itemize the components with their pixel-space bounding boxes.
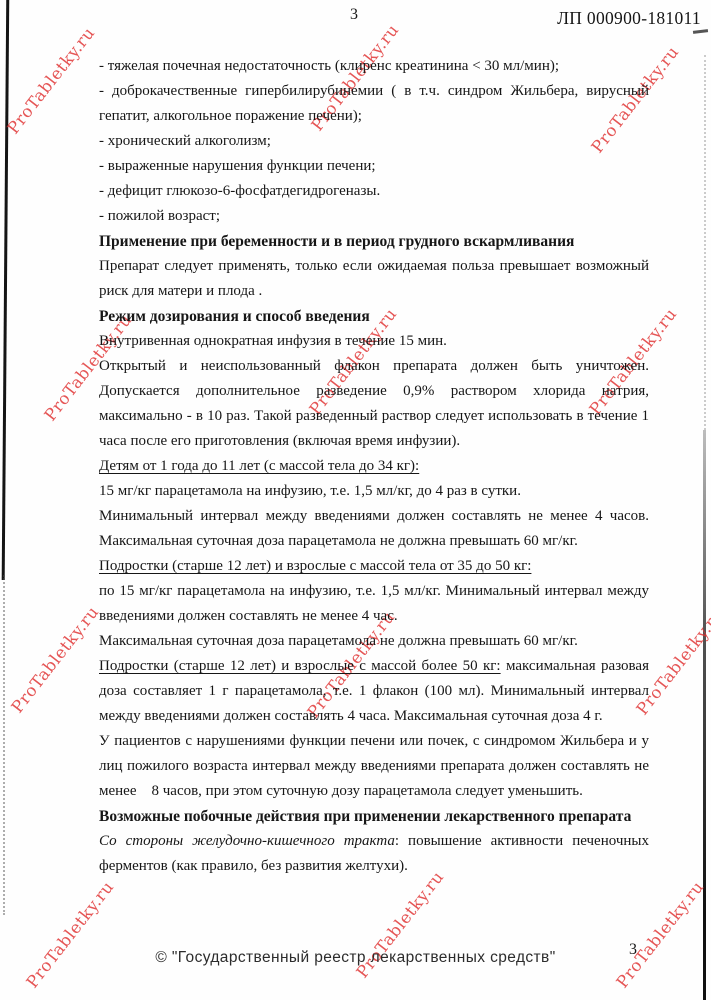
- over50-paragraph: Подростки (старше 12 лет) и взрослые с м…: [99, 654, 649, 729]
- dosage-dilution-paragraph: Допускается дополнительное разведение 0,…: [99, 379, 649, 454]
- contraindication-item: - тяжелая почечная недостаточность (клир…: [99, 54, 649, 79]
- section-title-dosage: Режим дозирования и способ введения: [99, 304, 649, 329]
- page-number-bottom: 3: [629, 941, 637, 959]
- contraindication-item: - дефицит глюкозо-6-фосфатдегидрогеназы.: [99, 179, 649, 204]
- section-title-pregnancy: Применение при беременности и в период г…: [99, 229, 649, 254]
- subheading-teens-35-50: Подростки (старше 12 лет) и взрослые с м…: [99, 554, 649, 579]
- children-interval-line: Минимальный интервал между введениями до…: [99, 504, 649, 529]
- scan-artifact-corner-dash: [693, 29, 708, 34]
- git-lead-italic: Со стороны желудочно-кишечного тракта: [99, 833, 395, 849]
- watermark-protabletky: ProTabletky.ru: [22, 877, 117, 991]
- contraindication-item: - хронический алкоголизм;: [99, 129, 649, 154]
- scan-artifact-left-line: [2, 0, 10, 580]
- teens-max-line: Максимальная суточная доза парацетамола …: [99, 629, 649, 654]
- watermark-protabletky: ProTabletky.ru: [3, 23, 98, 137]
- section-title-side-effects: Возможные побочные действия при применен…: [99, 804, 649, 829]
- git-paragraph: Со стороны желудочно-кишечного тракта: п…: [99, 829, 649, 879]
- scan-artifact-left-faint-line: [3, 575, 5, 915]
- scan-artifact-right-dotted-line: [704, 55, 706, 430]
- scan-artifact-right-solid-line: [703, 430, 706, 1000]
- contraindication-item: - выраженные нарушения функции печени;: [99, 154, 649, 179]
- subheading-children: Детям от 1 года до 11 лет (с массой тела…: [99, 454, 649, 479]
- registration-number: ЛП 000900-181011: [557, 8, 701, 29]
- contraindication-item: - пожилой возраст;: [99, 204, 649, 229]
- document-body: - тяжелая почечная недостаточность (клир…: [99, 54, 649, 879]
- pregnancy-paragraph: Препарат следует применять, только если …: [99, 254, 649, 304]
- watermark-protabletky: ProTabletky.ru: [7, 602, 102, 716]
- special-patients-paragraph: У пациентов с нарушениями функции печени…: [99, 729, 649, 804]
- footer-copyright: © "Государственный реестр лекарственных …: [0, 949, 711, 967]
- children-max-line: Максимальная суточная доза парацетамола …: [99, 529, 649, 554]
- contraindication-item: - доброкачественные гипербилирубинемии (…: [99, 79, 649, 129]
- page-number-top: 3: [350, 6, 358, 24]
- children-dose-line: 15 мг/кг парацетамола на инфузию, т.е. 1…: [99, 479, 649, 504]
- teens-dose-paragraph: по 15 мг/кг парацетамола на инфузию, т.е…: [99, 579, 649, 629]
- dosage-vial-line: Открытый и неиспользованный флакон препа…: [99, 354, 649, 379]
- subheading-over50: Подростки (старше 12 лет) и взрослые с м…: [99, 658, 501, 674]
- dosage-infusion-line: Внутривенная однократная инфузия в течен…: [99, 329, 649, 354]
- watermark-protabletky: ProTabletky.ru: [612, 877, 707, 991]
- scanned-document-page: ProTabletky.ru ProTabletky.ru ProTabletk…: [0, 0, 711, 1000]
